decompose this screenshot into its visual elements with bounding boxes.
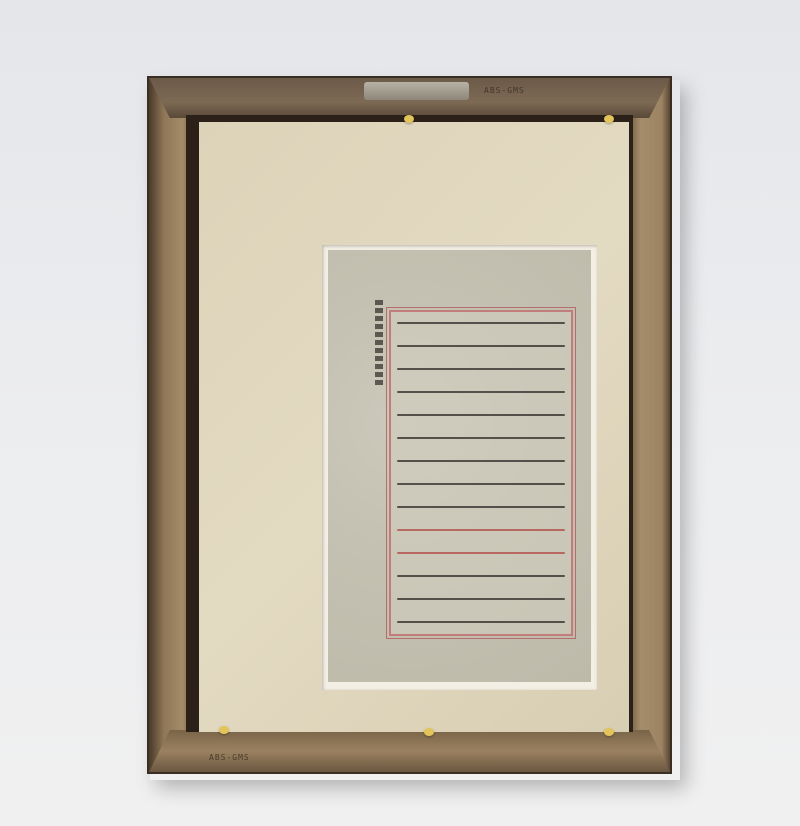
clip-bottom-right xyxy=(604,728,614,736)
picture-frame: ABS-GMS ABS-GMS ABS-GMS xyxy=(147,76,672,774)
clip-bottom-left xyxy=(219,726,229,734)
mat-board xyxy=(199,122,629,732)
frame-label-bottom: ABS-GMS xyxy=(209,753,250,762)
frame-bottom-rail xyxy=(149,730,670,772)
marginal-note xyxy=(375,300,383,388)
frame-right-rail xyxy=(628,78,670,772)
clip-bottom-center xyxy=(424,728,434,736)
text-block xyxy=(389,310,573,636)
frame-label-top: ABS-GMS xyxy=(484,86,525,95)
clip-top-center xyxy=(404,115,414,123)
clip-top-right xyxy=(604,115,614,123)
frame-left-rail xyxy=(149,78,191,772)
hanger-bracket xyxy=(364,82,469,100)
